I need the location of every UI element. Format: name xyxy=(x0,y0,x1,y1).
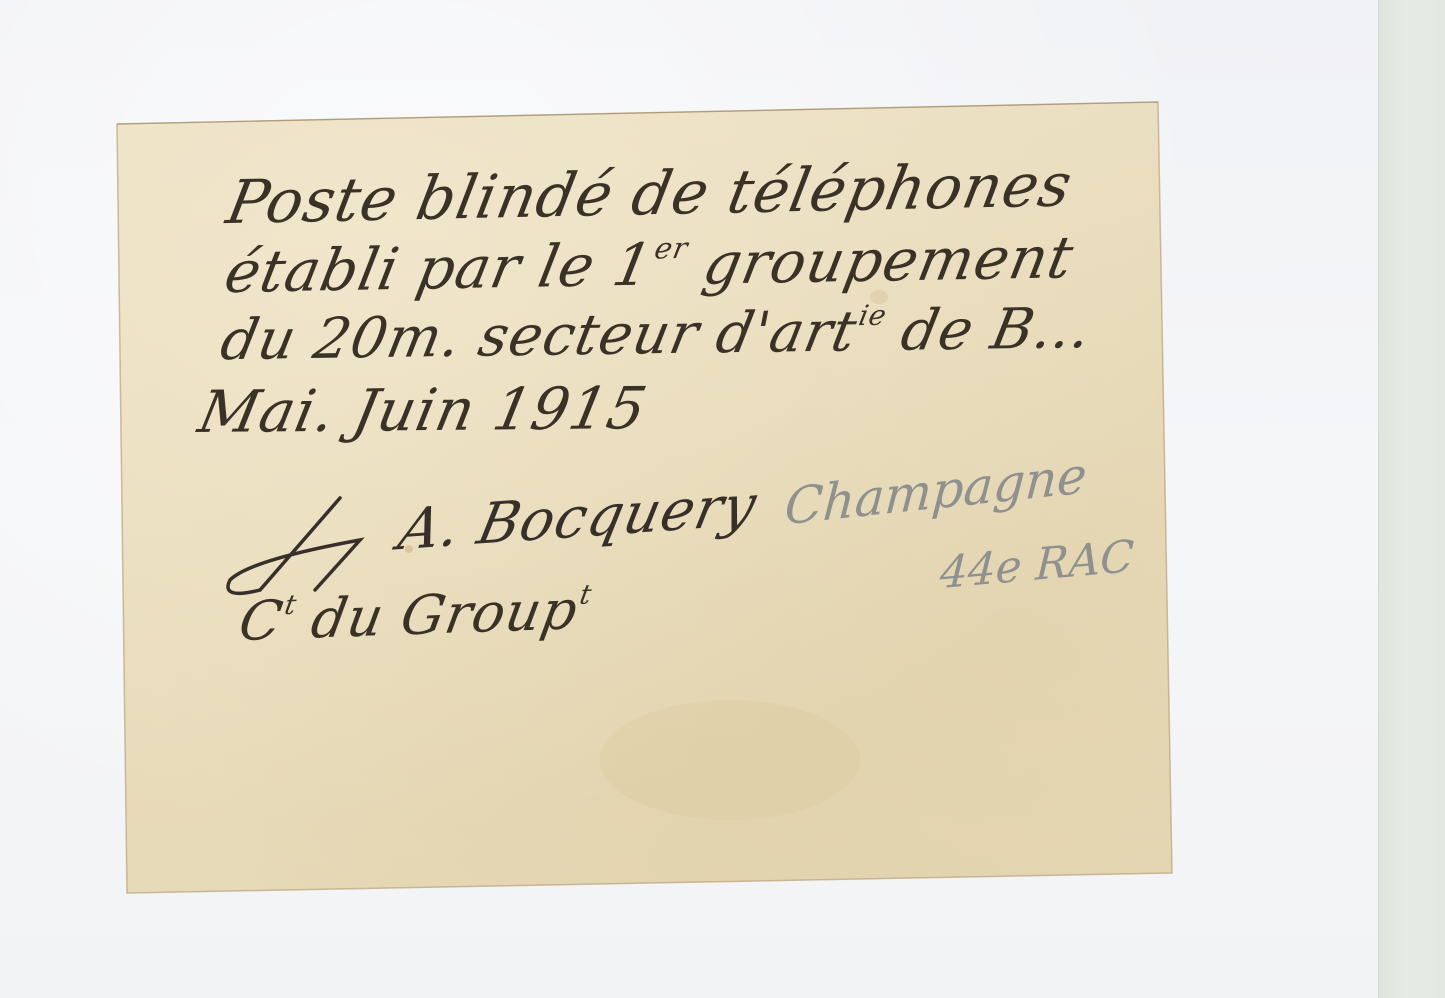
note-date-text: Mai. Juin 1915 xyxy=(193,374,653,446)
note-line-3-rest: de B... xyxy=(877,296,1097,364)
note-line-2-text: établi par le 1 xyxy=(219,230,658,306)
signatory-title: Ct du Groupt xyxy=(234,578,595,654)
signatory-title-mid: du Group xyxy=(289,578,583,651)
foxing-stain xyxy=(600,700,860,820)
backing-board-strip xyxy=(1378,0,1445,998)
note-date-line: Mai. Juin 1915 xyxy=(193,374,653,446)
note-line-3-text: du 20m. secteur d'art xyxy=(216,299,863,373)
note-line-2-rest: groupement xyxy=(678,223,1079,298)
signature-flourish-icon xyxy=(220,490,420,600)
note-line-3: du 20m. secteur d'artie de B... xyxy=(216,296,1098,374)
